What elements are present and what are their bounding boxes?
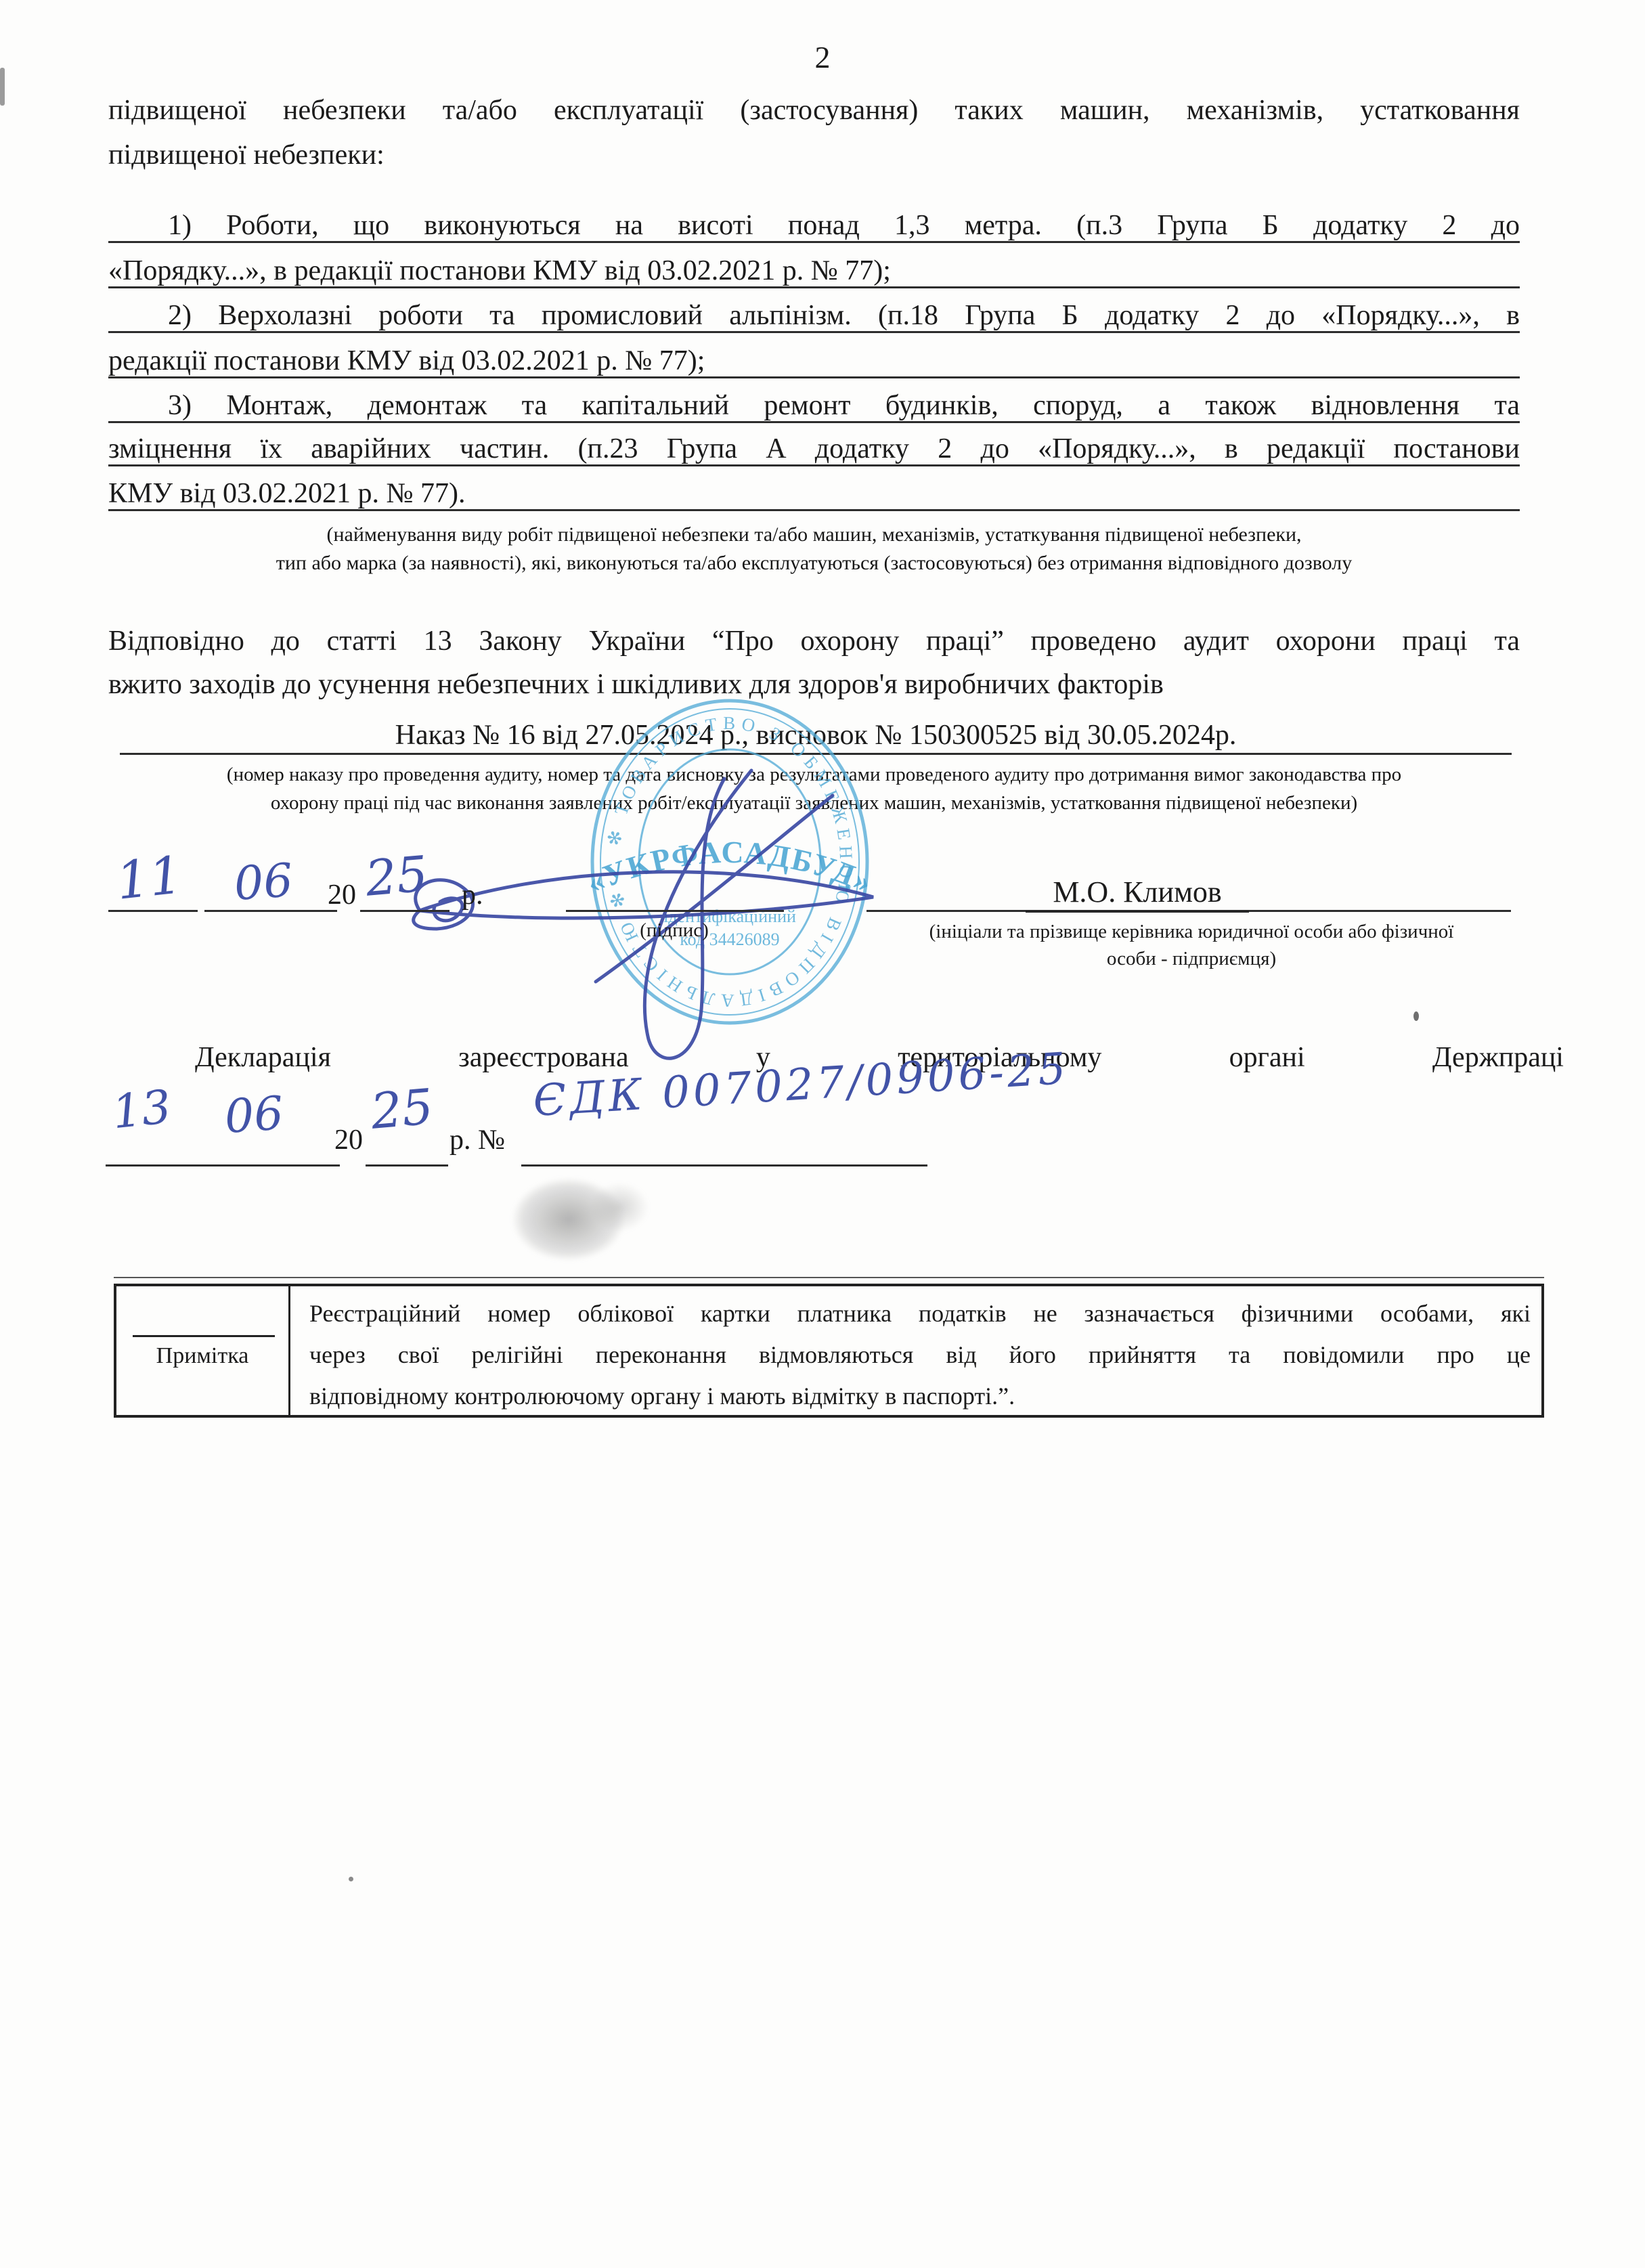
name-caption-line-1: (ініціали та прізвище керівника юридично… [867, 918, 1516, 945]
note-table-label-cell: Примітка [116, 1286, 290, 1415]
note-label: Примітка [116, 1343, 288, 1369]
item-3-line-2: зміцнення їх аварійних частин. (п.23 Гру… [108, 432, 1520, 466]
items-caption-line-1: (найменування виду робіт підвищеної небе… [108, 523, 1520, 547]
sign-date-year-handwritten: 25 [364, 845, 431, 907]
sign-date-century: 20 [328, 879, 356, 911]
note-label-rule [133, 1335, 275, 1337]
grey-smudge-artifact [498, 1169, 667, 1270]
document-page: 2 підвищеної небезпеки та/або експлуатац… [0, 0, 1645, 2268]
reg-date-year-handwritten: 25 [369, 1078, 436, 1140]
reg-number-line [521, 1164, 927, 1166]
registration-word: зареєстрована [458, 1041, 628, 1074]
intro-line-1: підвищеної небезпеки та/або експлуатації… [108, 93, 1520, 126]
reg-date-month-handwritten: 06 [223, 1087, 285, 1144]
item-3-line-3: КМУ від 03.02.2021 р. № 77). [108, 477, 1520, 511]
audit-line-1: Відповідно до статті 13 Закону України “… [108, 624, 1520, 657]
sign-date-month-handwritten: 06 [232, 854, 294, 911]
reg-date-month-line [202, 1164, 340, 1166]
item-1-line-1: 1) Роботи, що виконуються на висоті пона… [108, 209, 1520, 243]
reg-date-century: 20 [334, 1124, 363, 1156]
registration-word: Декларація [195, 1041, 331, 1074]
sign-date-year-line [360, 910, 449, 912]
note-text-line-1: Реєстраційний номер облікової картки пла… [309, 1293, 1531, 1334]
registration-word: органі [1229, 1041, 1305, 1074]
ink-speck [1413, 1011, 1419, 1021]
reg-number-label: р. № [449, 1124, 505, 1156]
signature-line [566, 910, 784, 912]
sign-date-day-handwritten: 11 [114, 844, 185, 911]
sign-date-r-label: р. [462, 879, 483, 911]
reg-date-day-handwritten: 13 [110, 1081, 173, 1140]
note-text-line-2: через свої релігійні переконання відмовл… [309, 1334, 1531, 1376]
sign-date-day-line [108, 910, 198, 912]
item-3-line-1: 3) Монтаж, демонтаж та капітальний ремон… [108, 389, 1520, 423]
page-number: 2 [0, 39, 1645, 75]
scan-dot-artifact [349, 1877, 353, 1881]
intro-line-2: підвищеної небезпеки: [108, 138, 1520, 171]
item-1-line-2: «Порядку...», в редакції постанови КМУ в… [108, 254, 1520, 288]
item-2-line-1: 2) Верхолазні роботи та промисловий альп… [108, 299, 1520, 333]
reg-date-year-line [366, 1164, 448, 1166]
note-table: Примітка Реєстраційний номер облікової к… [114, 1284, 1544, 1418]
reg-date-day-line [106, 1164, 202, 1166]
items-caption-line-2: тип або марка (за наявності), які, викон… [108, 551, 1520, 575]
registration-word: Держпраці [1432, 1041, 1564, 1074]
note-table-text-cell: Реєстраційний номер облікової картки пла… [290, 1286, 1541, 1415]
sign-date-month-line [204, 910, 337, 912]
note-text-line-3: відповідному контролюючому органу і мают… [309, 1376, 1531, 1417]
item-2-line-2: редакції постанови КМУ від 03.02.2021 р.… [108, 344, 1520, 378]
name-caption-line-2: особи - підприємця) [867, 945, 1516, 972]
signature-caption: (підпис) [566, 919, 783, 942]
head-name: М.О. Климов [1026, 875, 1249, 913]
signature [372, 758, 914, 1076]
